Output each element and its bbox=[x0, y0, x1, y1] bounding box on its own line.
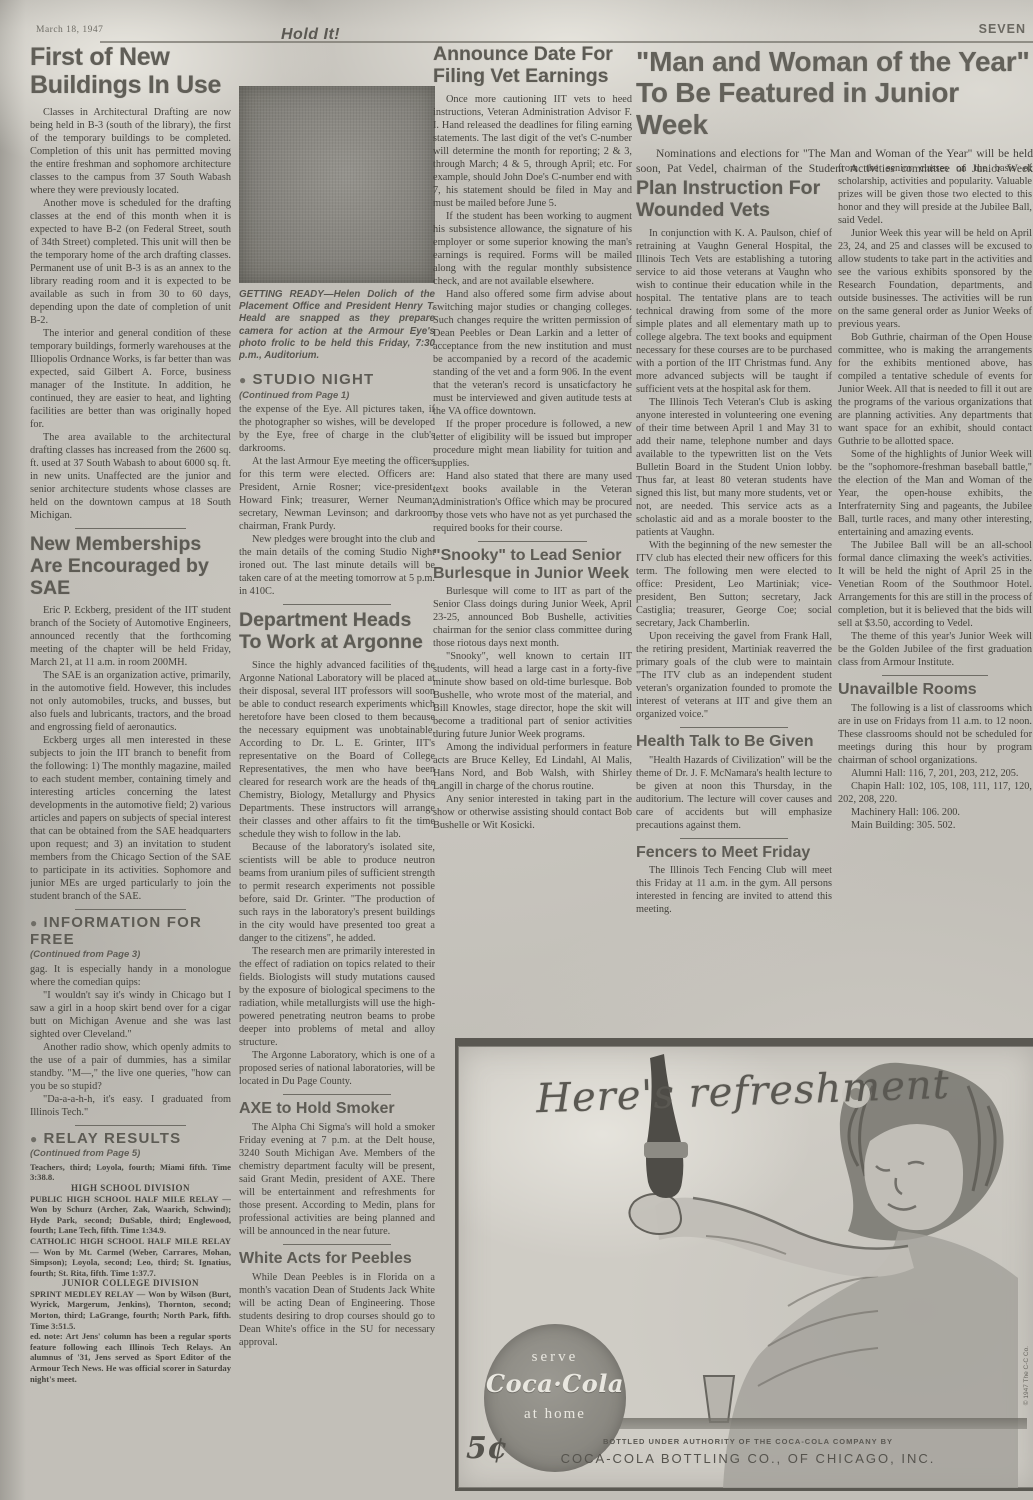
article-buildings: First of New Buildings In Use Classes in… bbox=[30, 44, 231, 522]
paragraph: Since the highly advanced facilities of … bbox=[239, 659, 435, 841]
column-4: Plan Instruction For Wounded Vets In con… bbox=[636, 178, 832, 1034]
article-white-peebles: White Acts for Peebles While Dean Peeble… bbox=[239, 1250, 435, 1349]
newspaper-page: March 18, 1947 SEVEN First of New Buildi… bbox=[0, 0, 1033, 1500]
article-divider bbox=[478, 541, 587, 542]
paragraph: If the proper procedure is followed, a n… bbox=[433, 418, 632, 470]
paragraph: With the beginning of the new semester t… bbox=[636, 539, 832, 630]
paragraph: Eckberg urges all men interested in thes… bbox=[30, 734, 231, 903]
table-edge bbox=[608, 1418, 1027, 1429]
paragraph: New pledges were brought into the club a… bbox=[239, 533, 435, 598]
article-body: gag. It is especially handy in a monolog… bbox=[30, 963, 231, 1119]
column-1: First of New Buildings In Use Classes in… bbox=[30, 44, 231, 1496]
article-title: ●STUDIO NIGHT bbox=[239, 372, 435, 389]
paragraph: The Jubilee Ball will be an all-school f… bbox=[838, 539, 1032, 630]
article-body: Burlesque will come to IIT as part of th… bbox=[433, 585, 632, 832]
paragraph: "Snooky", well known to certain IIT stud… bbox=[433, 650, 632, 741]
relay-division: HIGH SCHOOL DIVISION bbox=[30, 1183, 231, 1194]
bullet-icon: ● bbox=[30, 1132, 38, 1146]
article-divider bbox=[283, 604, 391, 605]
paragraph: Another radio show, which openly admits … bbox=[30, 1041, 231, 1093]
article-divider bbox=[680, 727, 788, 728]
paragraph: "I wouldn't say it's windy in Chicago bu… bbox=[30, 989, 231, 1041]
article-divider bbox=[75, 909, 186, 910]
paragraph: gag. It is especially handy in a monolog… bbox=[30, 963, 231, 989]
paragraph: Because of the laboratory's isolated sit… bbox=[239, 841, 435, 945]
paragraph: Burlesque will come to IIT as part of th… bbox=[433, 585, 632, 650]
paragraph: Eric P. Eckberg, president of the IIT st… bbox=[30, 604, 231, 669]
paragraph: Chapin Hall: 102, 105, 108, 111, 117, 12… bbox=[838, 780, 1032, 806]
ad-copyright: © 1947 The C-C Co. bbox=[1023, 1346, 1030, 1405]
paragraph: The Alpha Chi Sigma's will hold a smoker… bbox=[239, 1121, 435, 1238]
article-divider bbox=[75, 528, 186, 529]
continued-title: INFORMATION FOR FREE bbox=[30, 914, 202, 948]
paragraph: While Dean Peebles is in Florida on a mo… bbox=[239, 1271, 435, 1349]
article-information-for-free: ●INFORMATION FOR FREE (Continued from Pa… bbox=[30, 915, 231, 1118]
paragraph: The Argonne Laboratory, which is one of … bbox=[239, 1049, 435, 1088]
photo-label: Hold It! bbox=[281, 26, 435, 44]
article-body: the expense of the Eye. All pictures tak… bbox=[239, 403, 435, 598]
bottler-authority-line: BOTTLED UNDER AUTHORITY OF THE COCA-COLA… bbox=[578, 1438, 918, 1446]
paragraph: If the student has been working to augme… bbox=[433, 210, 632, 288]
continued-title: STUDIO NIGHT bbox=[252, 371, 374, 388]
article-divider bbox=[75, 1125, 186, 1126]
coca-cola-advertisement: Here's refreshment serve Coca·Cola at ho… bbox=[455, 1038, 1033, 1491]
column-5: from the senior classes on the basis of … bbox=[838, 162, 1032, 1034]
paragraph: Alumni Hall: 116, 7, 201, 203, 212, 205. bbox=[838, 767, 1032, 780]
article-divider bbox=[283, 1244, 391, 1245]
article-title: "Snooky" to Lead Senior Burlesque in Jun… bbox=[433, 547, 632, 583]
relay-result: PUBLIC HIGH SCHOOL HALF MILE RELAY — Won… bbox=[30, 1194, 231, 1236]
article-title: New Memberships Are Encouraged by SAE bbox=[30, 534, 231, 599]
relay-result: CATHOLIC HIGH SCHOOL HALF MILE RELAY — W… bbox=[30, 1236, 231, 1278]
paragraph: Hand also stated that there are many use… bbox=[433, 470, 632, 535]
relay-intro: Teachers, third; Loyola, fourth; Miami f… bbox=[30, 1162, 231, 1183]
news-photo bbox=[239, 86, 435, 283]
article-body: The Alpha Chi Sigma's will hold a smoker… bbox=[239, 1121, 435, 1238]
article-title: Fencers to Meet Friday bbox=[636, 844, 832, 862]
paragraph: Bob Guthrie, chairman of the Open House … bbox=[838, 331, 1032, 448]
paragraph: Machinery Hall: 106. 200. bbox=[838, 806, 1032, 819]
article-title: ●RELAY RESULTS bbox=[30, 1131, 231, 1148]
paragraph: from the senior classes on the basis of … bbox=[838, 162, 1032, 227]
paragraph: The area available to the architectural … bbox=[30, 431, 231, 522]
article-title: First of New Buildings In Use bbox=[30, 44, 231, 99]
article-unavailable-rooms: Unavailble Rooms The following is a list… bbox=[838, 681, 1032, 832]
price-label: 5¢ bbox=[466, 1434, 508, 1464]
paragraph: The SAE is an organization active, prima… bbox=[30, 669, 231, 734]
article-wounded-vets: Plan Instruction For Wounded Vets In con… bbox=[636, 178, 832, 721]
article-sae: New Memberships Are Encouraged by SAE Er… bbox=[30, 534, 231, 903]
paragraph: In conjunction with K. A. Paulson, chief… bbox=[636, 227, 832, 396]
relay-editor-note: ed. note: Art Jens' column has been a re… bbox=[30, 1331, 231, 1384]
article-body: The following is a list of classrooms wh… bbox=[838, 702, 1032, 832]
article-divider bbox=[283, 1094, 391, 1095]
column-2: Hold It! GETTING READY—Helen Dolich of t… bbox=[239, 26, 435, 1496]
paragraph: The Illinois Tech Fencing Club will meet… bbox=[636, 864, 832, 916]
continued-note: (Continued from Page 1) bbox=[239, 390, 435, 401]
paragraph: Upon receiving the gavel from Frank Hall… bbox=[636, 630, 832, 721]
article-body: Classes in Architectural Drafting are no… bbox=[30, 106, 231, 522]
article-vet-earnings: Announce Date For Filing Vet Earnings On… bbox=[433, 44, 632, 535]
article-divider bbox=[882, 675, 989, 676]
article-body: Once more cautioning IIT vets to heed in… bbox=[433, 93, 632, 535]
serve-label: serve bbox=[484, 1350, 626, 1365]
article-argonne: Department Heads To Work at Argonne Sinc… bbox=[239, 610, 435, 1088]
article-body: Eric P. Eckberg, president of the IIT st… bbox=[30, 604, 231, 903]
paragraph: Hand also offered some firm advise about… bbox=[433, 288, 632, 418]
article-title: White Acts for Peebles bbox=[239, 1250, 435, 1268]
paragraph: Any senior interested in taking part in … bbox=[433, 793, 632, 832]
article-junior-week-continuation: from the senior classes on the basis of … bbox=[838, 162, 1032, 669]
page-date: March 18, 1947 bbox=[36, 25, 103, 35]
article-body: In conjunction with K. A. Paulson, chief… bbox=[636, 227, 832, 721]
lead-headline-line1: "Man and Woman of the Year" bbox=[636, 46, 1033, 77]
article-body: Since the highly advanced facilities of … bbox=[239, 659, 435, 1088]
relay-division: JUNIOR COLLEGE DIVISION bbox=[30, 1278, 231, 1289]
article-health-talk: Health Talk to Be Given "Health Hazards … bbox=[636, 733, 832, 832]
coca-cola-script: Coca·Cola bbox=[484, 1371, 626, 1397]
article-body: The Illinois Tech Fencing Club will meet… bbox=[636, 864, 832, 916]
paragraph: Among the individual performers in featu… bbox=[433, 741, 632, 793]
article-title: Announce Date For Filing Vet Earnings bbox=[433, 44, 632, 88]
article-title: Unavailble Rooms bbox=[838, 681, 1032, 699]
paragraph: The Illinois Tech Veteran's Club is aski… bbox=[636, 396, 832, 539]
continued-title: RELAY RESULTS bbox=[43, 1130, 181, 1147]
article-body: from the senior classes on the basis of … bbox=[838, 162, 1032, 669]
bullet-icon: ● bbox=[239, 373, 247, 387]
relay-result: SPRINT MEDLEY RELAY — Won by Wilson (Bur… bbox=[30, 1289, 231, 1331]
paragraph: Classes in Architectural Drafting are no… bbox=[30, 106, 231, 197]
paragraph: The interior and general condition of th… bbox=[30, 327, 231, 431]
paragraph: The following is a list of classrooms wh… bbox=[838, 702, 1032, 767]
article-body: "Health Hazards of Civilization" will be… bbox=[636, 754, 832, 832]
article-title: Health Talk to Be Given bbox=[636, 733, 832, 751]
paragraph: Some of the highlights of Junior Week wi… bbox=[838, 448, 1032, 539]
lead-headline-line2: To Be Featured in Junior Week bbox=[636, 77, 1033, 140]
paragraph: The research men are primarily intereste… bbox=[239, 945, 435, 1049]
paragraph: "Health Hazards of Civilization" will be… bbox=[636, 754, 832, 832]
paragraph: Main Building: 305. 502. bbox=[838, 819, 1032, 832]
article-body: While Dean Peebles is in Florida on a mo… bbox=[239, 1271, 435, 1349]
continued-note: (Continued from Page 3) bbox=[30, 949, 231, 960]
lead-story-header: "Man and Woman of the Year" To Be Featur… bbox=[636, 46, 1033, 178]
paragraph: "Da-a-a-h-h, it's easy. I graduated from… bbox=[30, 1093, 231, 1119]
paragraph: Another move is scheduled for the drafti… bbox=[30, 197, 231, 327]
column-3: Announce Date For Filing Vet Earnings On… bbox=[433, 44, 632, 1036]
at-home-label: at home bbox=[484, 1407, 626, 1422]
article-title: Plan Instruction For Wounded Vets bbox=[636, 178, 832, 222]
paragraph: the expense of the Eye. All pictures tak… bbox=[239, 403, 435, 455]
bottler-name-line: COCA-COLA BOTTLING CO., OF CHICAGO, INC. bbox=[548, 1452, 948, 1465]
article-title: ●INFORMATION FOR FREE bbox=[30, 915, 231, 948]
article-title: AXE to Hold Smoker bbox=[239, 1100, 435, 1118]
bullet-icon: ● bbox=[30, 916, 38, 930]
article-fencers: Fencers to Meet Friday The Illinois Tech… bbox=[636, 844, 832, 917]
article-divider bbox=[680, 838, 788, 839]
photo-caption: GETTING READY—Helen Dolich of the Placem… bbox=[239, 289, 435, 362]
article-title: Department Heads To Work at Argonne bbox=[239, 610, 435, 654]
paragraph: Once more cautioning IIT vets to heed in… bbox=[433, 93, 632, 210]
article-snooky: "Snooky" to Lead Senior Burlesque in Jun… bbox=[433, 547, 632, 833]
article-studio-night: ●STUDIO NIGHT (Continued from Page 1) th… bbox=[239, 372, 435, 598]
paragraph: The theme of this year's Junior Week wil… bbox=[838, 630, 1032, 669]
continued-note: (Continued from Page 5) bbox=[30, 1148, 231, 1159]
article-relay-results: ●RELAY RESULTS (Continued from Page 5) T… bbox=[30, 1131, 231, 1384]
paragraph: At the last Armour Eye meeting the offic… bbox=[239, 455, 435, 533]
page-number: SEVEN bbox=[979, 22, 1026, 36]
article-axe-smoker: AXE to Hold Smoker The Alpha Chi Sigma's… bbox=[239, 1100, 435, 1238]
paragraph: Junior Week this year will be held on Ap… bbox=[838, 227, 1032, 331]
